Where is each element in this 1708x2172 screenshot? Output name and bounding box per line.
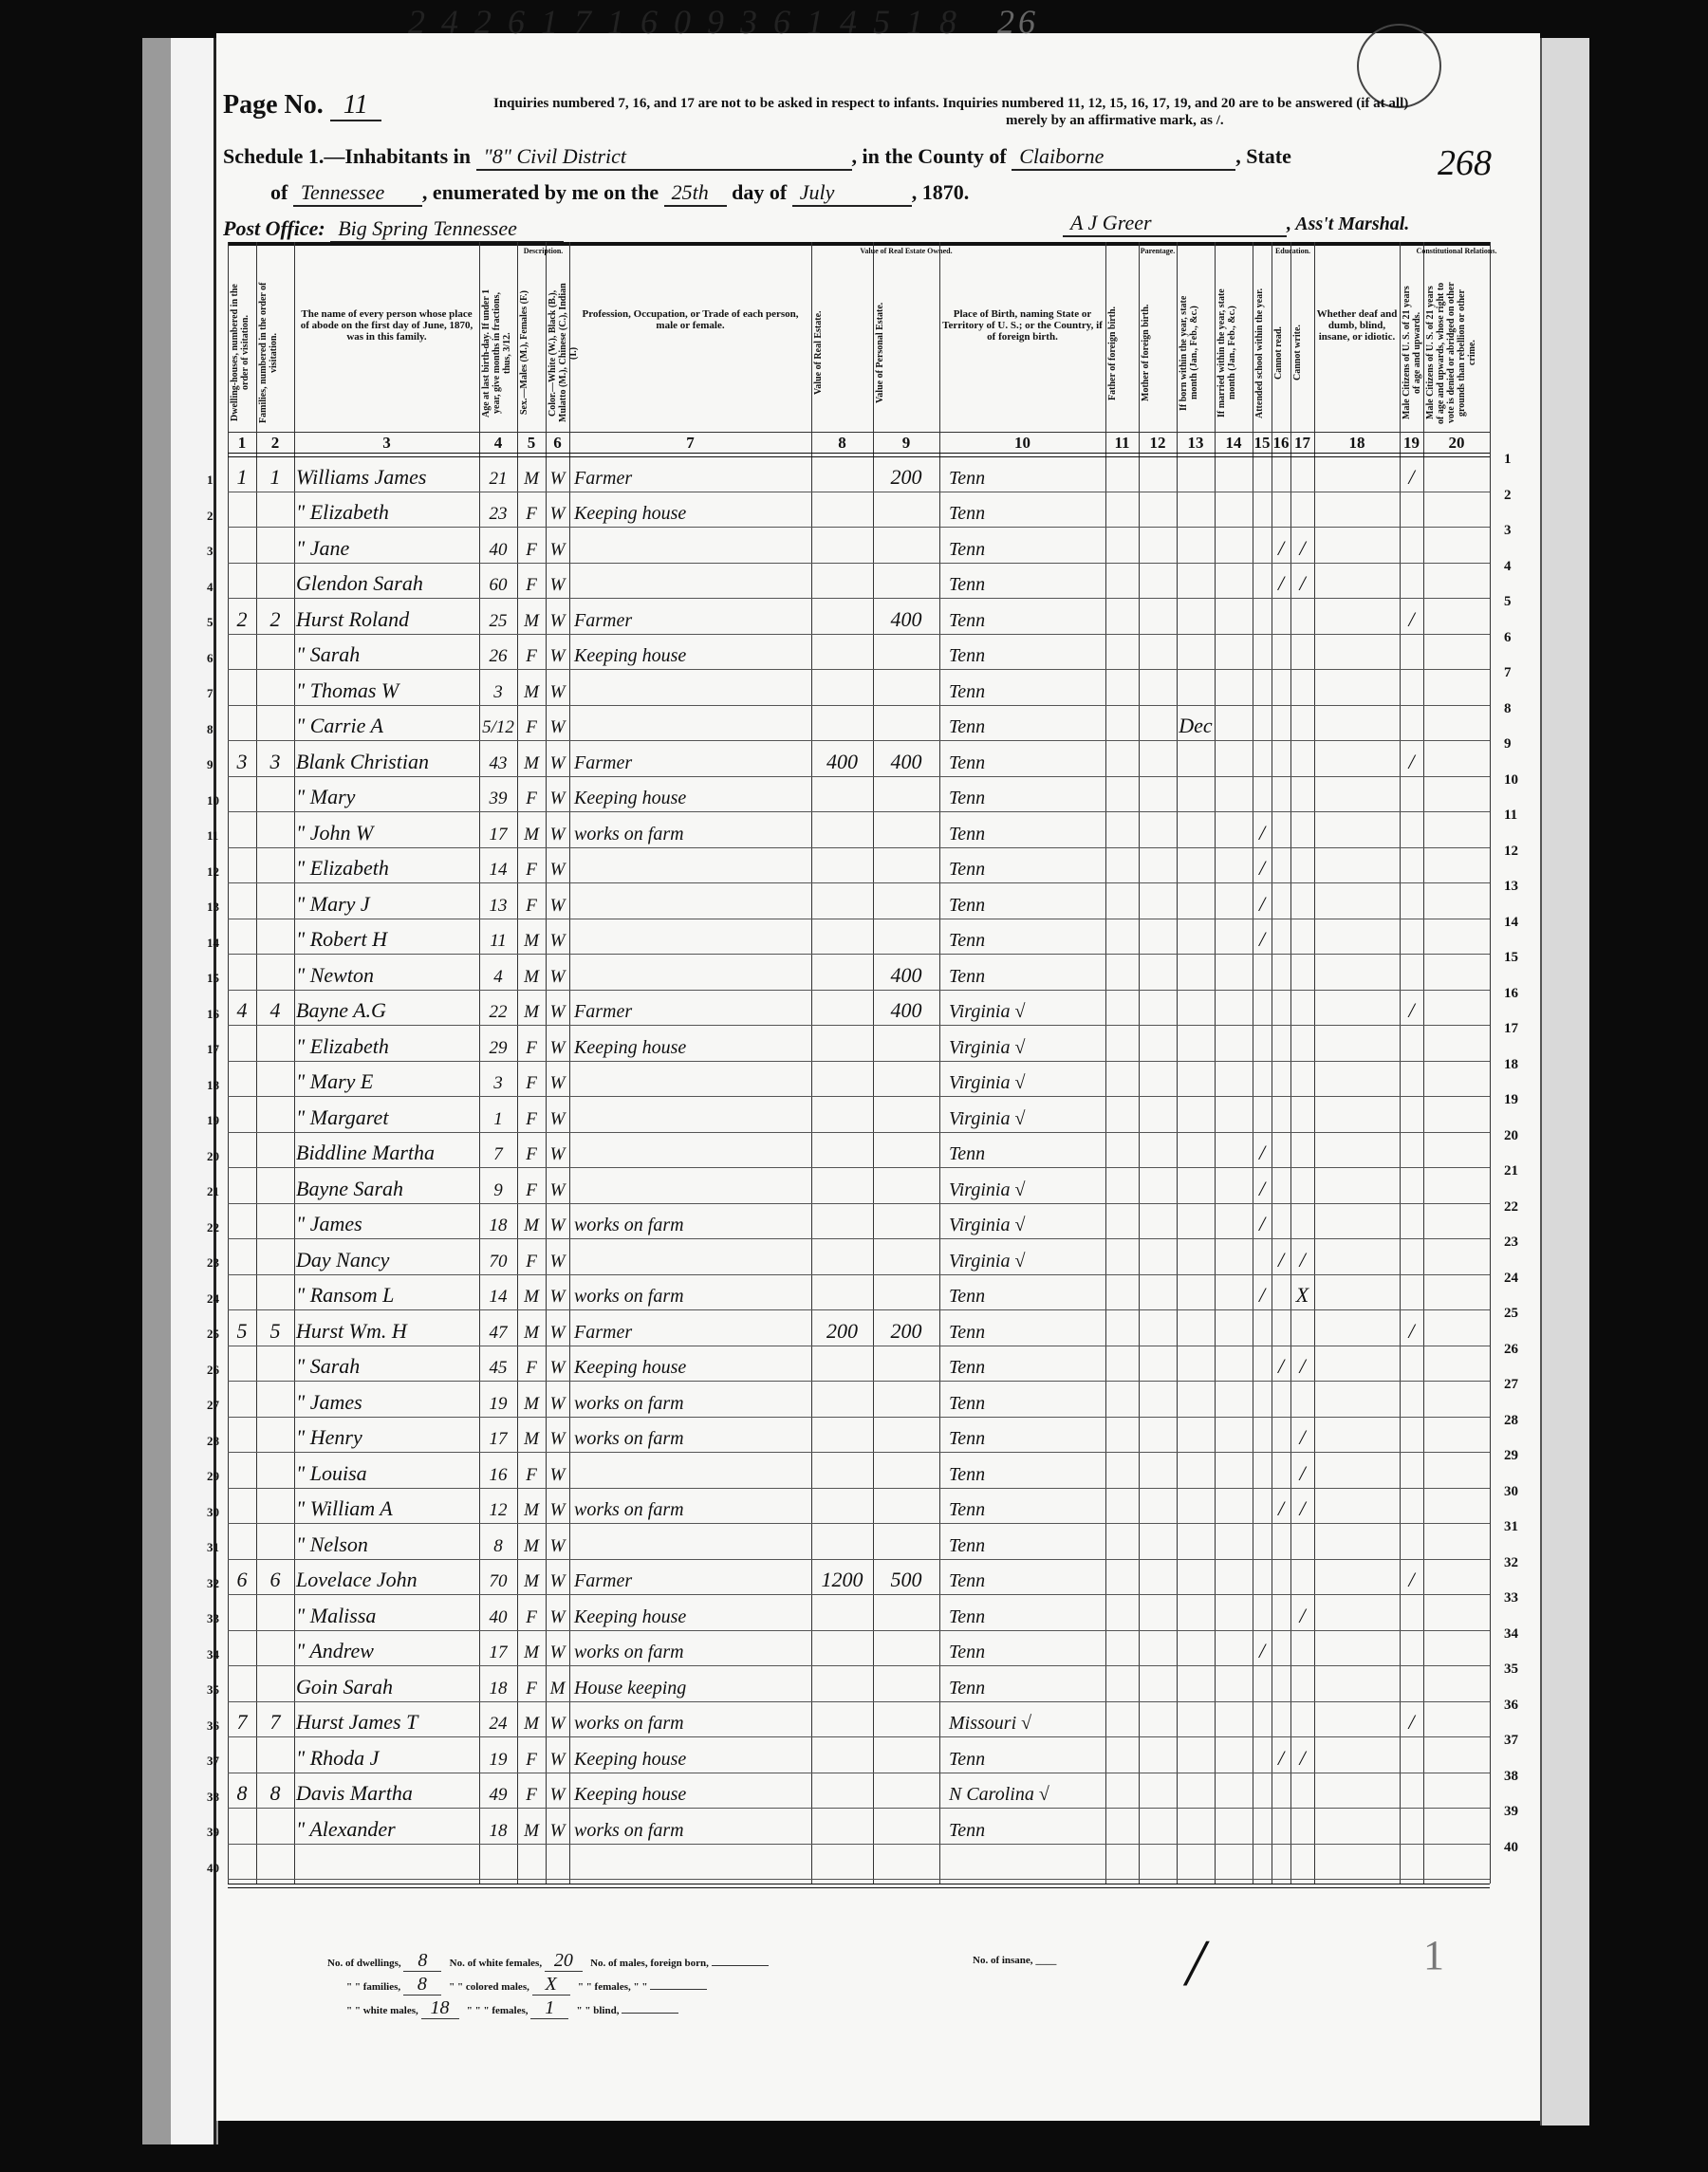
cell-c16: / <box>1272 1496 1290 1521</box>
cell-sex: M <box>517 753 546 774</box>
table-row: 2121Bayne Sarah9FWVirginia √/ <box>228 1167 1490 1203</box>
cell-c17: / <box>1290 1496 1314 1521</box>
cell-age: 14 <box>479 860 517 881</box>
cell-color: W <box>546 575 569 596</box>
cell-sex: F <box>517 1679 546 1699</box>
line-number-left: 5 <box>207 615 213 630</box>
line-number-right: 34 <box>1504 1626 1518 1643</box>
line-number-left: 23 <box>207 1255 219 1271</box>
cell-dwelling: 6 <box>228 1568 256 1592</box>
cell-color: W <box>546 1750 569 1771</box>
row-rule <box>228 1879 1490 1880</box>
cell-age: 18 <box>479 1679 517 1699</box>
cell-name: " William A <box>296 1496 479 1521</box>
cell-birthplace: Tenn <box>949 1570 1105 1592</box>
table-row: 1212" Elizabeth14FWTenn/ <box>228 847 1490 883</box>
cell-birthplace: Tenn <box>949 930 1105 952</box>
cell-birthplace: Virginia √ <box>949 1251 1105 1272</box>
cell-sex: M <box>517 1821 546 1842</box>
line-number-left: 9 <box>207 757 213 772</box>
cell-family: 4 <box>256 998 294 1023</box>
table-row: 1818" Mary E3FWVirginia √ <box>228 1061 1490 1097</box>
line-number-left: 11 <box>207 828 218 844</box>
line-number-left: 35 <box>207 1682 219 1698</box>
cell-birthplace: Tenn <box>949 752 1105 774</box>
cell-name: " Mary E <box>296 1069 479 1094</box>
cell-c15: / <box>1253 1141 1272 1165</box>
cell-color: W <box>546 1394 569 1415</box>
cell-color: W <box>546 469 569 490</box>
cell-dwelling: 2 <box>228 607 256 632</box>
table-row: 3535Goin Sarah18FMHouse keepingTenn <box>228 1665 1490 1701</box>
cell-c16: / <box>1272 571 1290 596</box>
cell-sex: M <box>517 1394 546 1415</box>
cell-name: " Sarah <box>296 1354 479 1379</box>
column-number: 6 <box>546 434 569 453</box>
cell-dwelling: 3 <box>228 750 256 774</box>
cell-age: 22 <box>479 1002 517 1023</box>
line-number-left: 8 <box>207 722 213 737</box>
column-number: 11 <box>1105 434 1139 453</box>
cell-sex: F <box>517 1144 546 1165</box>
column-header-5: Sex.—Males (M.), Females (F.) <box>519 282 544 424</box>
cell-age: 70 <box>479 1571 517 1592</box>
line-number-right: 37 <box>1504 1733 1518 1749</box>
cell-color: W <box>546 825 569 845</box>
cell-name: Lovelace John <box>296 1568 479 1592</box>
cell-birthplace: Tenn <box>949 1393 1105 1415</box>
row-rule <box>228 432 1490 433</box>
cell-birthplace: Tenn <box>949 1322 1105 1344</box>
cell-name: Williams James <box>296 465 479 490</box>
cell-color: W <box>546 1038 569 1059</box>
line-number-right: 1 <box>1504 452 1512 468</box>
line-number-left: 4 <box>207 580 213 595</box>
summary-block: No. of dwellings, 8 No. of white females… <box>327 1950 769 2021</box>
cell-age: 25 <box>479 611 517 632</box>
column-number: 7 <box>569 434 811 453</box>
line-number-left: 33 <box>207 1611 219 1626</box>
cell-age: 26 <box>479 646 517 667</box>
cell-color: W <box>546 1714 569 1735</box>
line-number-right: 20 <box>1504 1128 1518 1144</box>
cell-color: W <box>546 1500 569 1521</box>
cell-c19: / <box>1400 607 1423 632</box>
instructions: Inquiries numbered 7, 16, and 17 are not… <box>474 95 1518 129</box>
column-number: 5 <box>517 434 546 453</box>
line-number-right: 32 <box>1504 1555 1518 1571</box>
line-number-left: 18 <box>207 1078 219 1093</box>
group-header-value_estate: Value of Real Estate Owned. <box>830 246 982 257</box>
cell-age: 7 <box>479 1144 517 1165</box>
table-row: 3030" William A12MWworks on farmTenn// <box>228 1488 1490 1524</box>
cell-sex: M <box>517 967 546 988</box>
table-row: 2323Day Nancy70FWVirginia √// <box>228 1238 1490 1274</box>
column-number: 15 <box>1253 434 1272 453</box>
schedule-line: Schedule 1.—Inhabitants in "8" Civil Dis… <box>223 144 1291 171</box>
cell-c19: / <box>1400 465 1423 490</box>
column-number: 13 <box>1177 434 1215 453</box>
line-number-left: 17 <box>207 1042 219 1057</box>
cell-family: 3 <box>256 750 294 774</box>
cell-birthplace: Missouri √ <box>949 1713 1105 1735</box>
cell-age: 12 <box>479 1500 517 1521</box>
cell-birthplace: Tenn <box>949 503 1105 525</box>
cell-name: " Rhoda J <box>296 1746 479 1771</box>
line-number-left: 22 <box>207 1220 219 1235</box>
cell-occupation: Keeping house <box>574 645 811 667</box>
line-number-left: 38 <box>207 1790 219 1805</box>
cell-sex: F <box>517 1358 546 1379</box>
cell-occupation: Keeping house <box>574 503 811 525</box>
cell-dwelling: 5 <box>228 1319 256 1344</box>
cell-sex: F <box>517 575 546 596</box>
cell-name: " Newton <box>296 963 479 988</box>
line-number-left: 37 <box>207 1754 219 1769</box>
group-header-constitutional: Constitutional Relations. <box>1381 246 1532 257</box>
cell-dwelling: 7 <box>228 1710 256 1735</box>
cell-sex: F <box>517 1750 546 1771</box>
table-row: 323266Lovelace John70MWFarmer1200500Tenn… <box>228 1559 1490 1595</box>
line-number-right: 8 <box>1504 701 1512 717</box>
table-row: 383888Davis Martha49FWKeeping houseN Car… <box>228 1773 1490 1809</box>
table-row: 66" Sarah26FWKeeping houseTenn <box>228 634 1490 670</box>
cell-sex: F <box>517 1785 546 1806</box>
cell-birthplace: Tenn <box>949 468 1105 490</box>
cell-name: " Henry <box>296 1425 479 1450</box>
line-number-right: 39 <box>1504 1804 1518 1820</box>
line-number-right: 28 <box>1504 1413 1518 1429</box>
cell-color: W <box>546 1109 569 1130</box>
cell-dwelling: 1 <box>228 465 256 490</box>
cell-sex: F <box>517 789 546 809</box>
cell-color: W <box>546 1643 569 1663</box>
cell-color: W <box>546 1216 569 1236</box>
table-row: 2828" Henry17MWworks on farmTenn/ <box>228 1417 1490 1453</box>
cell-occupation: Farmer <box>574 1001 811 1023</box>
cell-c17: / <box>1290 1604 1314 1628</box>
column-number: 8 <box>811 434 873 453</box>
line-number-left: 24 <box>207 1291 219 1307</box>
table-row: 161644Bayne A.G22MWFarmer400Virginia √/ <box>228 990 1490 1026</box>
cell-birthplace: Tenn <box>949 1357 1105 1379</box>
cell-age: 3 <box>479 682 517 703</box>
cell-sex: F <box>517 1465 546 1486</box>
line-number-right: 11 <box>1504 808 1517 824</box>
line-number-left: 14 <box>207 936 219 951</box>
column-number: 14 <box>1215 434 1253 453</box>
line-number-left: 12 <box>207 864 219 880</box>
cell-dwelling: 8 <box>228 1781 256 1806</box>
insane-count: No. of insane, ____ <box>973 1955 1056 1966</box>
cell-c17: / <box>1290 1461 1314 1486</box>
cell-age: 5/12 <box>479 717 517 738</box>
cell-age: 17 <box>479 1643 517 1663</box>
table-row: 2424" Ransom L14MWworks on farmTenn/X <box>228 1274 1490 1310</box>
cell-color: W <box>546 1429 569 1450</box>
cell-family: 6 <box>256 1568 294 1592</box>
cell-sex: F <box>517 1038 546 1059</box>
cell-color: W <box>546 1144 569 1165</box>
column-number: 20 <box>1423 434 1490 453</box>
cell-color: W <box>546 967 569 988</box>
line-number-right: 29 <box>1504 1448 1518 1464</box>
table-row: 363677Hurst James T24MWworks on farmMiss… <box>228 1701 1490 1737</box>
line-number-left: 15 <box>207 971 219 986</box>
cell-birthplace: Virginia √ <box>949 1215 1105 1236</box>
cell-family: 5 <box>256 1319 294 1344</box>
table-row: 22" Elizabeth23FWKeeping houseTenn <box>228 492 1490 528</box>
total-mark-col16: / <box>1186 1926 1204 2002</box>
cell-age: 70 <box>479 1252 517 1272</box>
cell-color: W <box>546 540 569 561</box>
cell-c15: / <box>1253 1283 1272 1308</box>
cell-name: " Nelson <box>296 1532 479 1557</box>
cell-c19: / <box>1400 750 1423 774</box>
table-row: 33" Jane40FWTenn// <box>228 527 1490 563</box>
cell-sex: M <box>517 1643 546 1663</box>
cell-birthplace: Tenn <box>949 645 1105 667</box>
column-number: 1 <box>228 434 256 453</box>
cell-color: W <box>546 1785 569 1806</box>
cell-age: 11 <box>479 931 517 952</box>
cell-real: 400 <box>811 750 873 774</box>
cell-name: Hurst James T <box>296 1710 479 1735</box>
cell-birthplace: Virginia √ <box>949 1179 1105 1201</box>
cell-age: 49 <box>479 1785 517 1806</box>
cell-name: " Jane <box>296 536 479 561</box>
page-edge-right <box>1540 38 1589 2126</box>
cell-sex: M <box>517 1714 546 1735</box>
cell-family: 2 <box>256 607 294 632</box>
cell-name: " Margaret <box>296 1105 479 1130</box>
column-number: 2 <box>256 434 294 453</box>
cell-c17: / <box>1290 1248 1314 1272</box>
column-header-2: Families, numbered in the order of visit… <box>258 282 292 424</box>
cell-occupation: works on farm <box>574 824 811 845</box>
cell-color: W <box>546 931 569 952</box>
table-row: 2727" James19MWworks on farmTenn <box>228 1381 1490 1417</box>
cell-c17: / <box>1290 1354 1314 1379</box>
column-number: 9 <box>873 434 939 453</box>
line-number-right: 36 <box>1504 1698 1518 1714</box>
line-number-left: 29 <box>207 1469 219 1484</box>
cell-name: Hurst Wm. H <box>296 1319 479 1344</box>
column-header-16: Cannot read. <box>1273 282 1289 424</box>
cell-age: 14 <box>479 1287 517 1308</box>
cell-occupation: Farmer <box>574 752 811 774</box>
line-number-left: 21 <box>207 1184 219 1199</box>
cell-color: W <box>546 1073 569 1094</box>
cell-birthplace: Virginia √ <box>949 1001 1105 1023</box>
group-header-parentage: Parentage. <box>1096 246 1219 257</box>
cell-name: " Robert H <box>296 927 479 952</box>
line-number-left: 34 <box>207 1647 219 1662</box>
cell-age: 29 <box>479 1038 517 1059</box>
cell-sex: F <box>517 717 546 738</box>
line-number-right: 9 <box>1504 736 1512 752</box>
cell-c19: / <box>1400 1568 1423 1592</box>
cell-age: 16 <box>479 1465 517 1486</box>
cell-color: W <box>546 860 569 881</box>
cell-color: W <box>546 1287 569 1308</box>
line-number-left: 26 <box>207 1363 219 1378</box>
cell-c17: / <box>1290 536 1314 561</box>
cell-birthplace: Tenn <box>949 1499 1105 1521</box>
line-number-right: 33 <box>1504 1590 1518 1606</box>
line-number-right: 19 <box>1504 1092 1518 1108</box>
cell-c15: / <box>1253 1639 1272 1663</box>
cell-occupation: works on farm <box>574 1713 811 1735</box>
column-rule <box>1490 242 1491 1884</box>
cell-name: Davis Martha <box>296 1781 479 1806</box>
cell-age: 13 <box>479 896 517 917</box>
cell-birthplace: Tenn <box>949 539 1105 561</box>
cell-sex: F <box>517 1252 546 1272</box>
cell-c19: / <box>1400 1710 1423 1735</box>
cell-sex: M <box>517 1536 546 1557</box>
column-number: 12 <box>1139 434 1177 453</box>
line-number-left: 2 <box>207 509 213 524</box>
cell-personal: 400 <box>873 607 939 632</box>
cell-personal: 400 <box>873 750 939 774</box>
column-header-9: Value of Personal Estate. <box>875 282 938 424</box>
cell-name: " James <box>296 1390 479 1415</box>
line-number-right: 3 <box>1504 523 1512 539</box>
page-number: Page No. 11 <box>223 90 381 121</box>
line-number-right: 7 <box>1504 665 1512 681</box>
line-number-right: 16 <box>1504 986 1518 1002</box>
cell-sex: M <box>517 1429 546 1450</box>
cell-name: " Mary <box>296 785 479 809</box>
line-number-left: 36 <box>207 1718 219 1734</box>
column-header-19: Male Citizens of U. S. of 21 years of ag… <box>1402 282 1421 424</box>
tally-marks: 2 4 2 6 1 7 1 6 0 9 3 6 1 4 5 1 8 26 <box>408 2 1039 42</box>
cell-sex: F <box>517 1073 546 1094</box>
cell-name: " Elizabeth <box>296 856 479 881</box>
cell-occupation: Keeping house <box>574 1357 811 1379</box>
cell-color: W <box>546 1607 569 1628</box>
cell-family: 7 <box>256 1710 294 1735</box>
cell-birthplace: Virginia √ <box>949 1072 1105 1094</box>
table-row: 1515" Newton4MW400Tenn <box>228 954 1490 990</box>
line-number-right: 25 <box>1504 1306 1518 1322</box>
cell-c19: / <box>1400 1319 1423 1344</box>
cell-name: " Alexander <box>296 1817 479 1842</box>
cell-birthplace: Tenn <box>949 788 1105 809</box>
cell-name: Day Nancy <box>296 1248 479 1272</box>
line-number-right: 31 <box>1504 1519 1518 1535</box>
cell-birthplace: Tenn <box>949 1143 1105 1165</box>
stamped-page-number: 268 <box>1438 142 1492 184</box>
line-number-right: 5 <box>1504 594 1512 610</box>
column-header-18: Whether deaf and dumb, blind, insane, or… <box>1316 308 1398 343</box>
line-number-right: 27 <box>1504 1377 1518 1393</box>
cell-age: 45 <box>479 1358 517 1379</box>
line-number-right: 14 <box>1504 915 1518 931</box>
cell-color: W <box>546 789 569 809</box>
cell-sex: M <box>517 682 546 703</box>
state-date-line: of Tennessee, enumerated by me on the 25… <box>270 180 969 207</box>
cell-occupation: Farmer <box>574 468 811 490</box>
line-number-left: 30 <box>207 1505 219 1520</box>
cell-c13: Dec <box>1177 714 1215 738</box>
cell-name: " Louisa <box>296 1461 479 1486</box>
line-number-left: 20 <box>207 1149 219 1164</box>
cell-sex: M <box>517 1287 546 1308</box>
cell-occupation: Farmer <box>574 1570 811 1592</box>
group-header-education: Education. <box>1229 246 1357 257</box>
line-number-right: 12 <box>1504 844 1518 860</box>
line-number-left: 1 <box>207 473 213 488</box>
column-header-11: Father of foreign birth. <box>1107 282 1137 424</box>
cell-dwelling: 4 <box>228 998 256 1023</box>
cell-real: 200 <box>811 1319 873 1344</box>
table-row: 9933Blank Christian43MWFarmer400400Tenn/ <box>228 740 1490 776</box>
cell-c15: / <box>1253 821 1272 845</box>
cell-sex: M <box>517 469 546 490</box>
table-row: 1919" Margaret1FWVirginia √ <box>228 1096 1490 1132</box>
cell-sex: F <box>517 504 546 525</box>
line-number-right: 18 <box>1504 1057 1518 1073</box>
cell-age: 39 <box>479 789 517 809</box>
line-number-left: 10 <box>207 793 219 808</box>
cell-sex: M <box>517 825 546 845</box>
cell-sex: M <box>517 1500 546 1521</box>
cell-sex: M <box>517 1216 546 1236</box>
column-header-12: Mother of foreign birth. <box>1141 282 1175 424</box>
cell-personal: 200 <box>873 1319 939 1344</box>
cell-age: 19 <box>479 1750 517 1771</box>
line-number-left: 31 <box>207 1540 219 1555</box>
cell-name: " Sarah <box>296 642 479 667</box>
column-number: 17 <box>1290 434 1314 453</box>
column-header-1: Dwelling-houses, numbered in the order o… <box>230 282 254 424</box>
cell-birthplace: Tenn <box>949 1678 1105 1699</box>
table-row: 3434" Andrew17MWworks on farmTenn/ <box>228 1630 1490 1666</box>
line-number-right: 23 <box>1504 1235 1518 1251</box>
column-header-15: Attended school within the year. <box>1254 282 1270 424</box>
cell-name: " Ransom L <box>296 1283 479 1308</box>
cell-birthplace: Tenn <box>949 1749 1105 1771</box>
column-number: 19 <box>1400 434 1423 453</box>
line-number-right: 6 <box>1504 630 1512 646</box>
table-row: 1010" Mary39FWKeeping houseTenn <box>228 776 1490 812</box>
cell-color: W <box>546 611 569 632</box>
cell-birthplace: Tenn <box>949 716 1105 738</box>
cell-sex: F <box>517 540 546 561</box>
column-number: 4 <box>479 434 517 453</box>
cell-c16: / <box>1272 536 1290 561</box>
cell-c15: / <box>1253 856 1272 881</box>
row-rule <box>228 1884 1490 1888</box>
cell-name: " Mary J <box>296 892 479 917</box>
line-number-right: 4 <box>1504 559 1512 575</box>
cell-birthplace: Tenn <box>949 1642 1105 1663</box>
cell-birthplace: Tenn <box>949 1535 1105 1557</box>
cell-color: W <box>546 896 569 917</box>
cell-color: W <box>546 717 569 738</box>
cell-age: 17 <box>479 1429 517 1450</box>
cell-sex: F <box>517 1180 546 1201</box>
column-header-4: Age at last birth-day. If under 1 year, … <box>481 282 515 424</box>
cell-birthplace: Tenn <box>949 966 1105 988</box>
table-row: 5522Hurst Roland25MWFarmer400Tenn/ <box>228 598 1490 634</box>
cell-name: " Elizabeth <box>296 1034 479 1059</box>
cell-occupation: House keeping <box>574 1678 811 1699</box>
line-number-left: 3 <box>207 544 213 559</box>
cell-name: " Elizabeth <box>296 500 479 525</box>
